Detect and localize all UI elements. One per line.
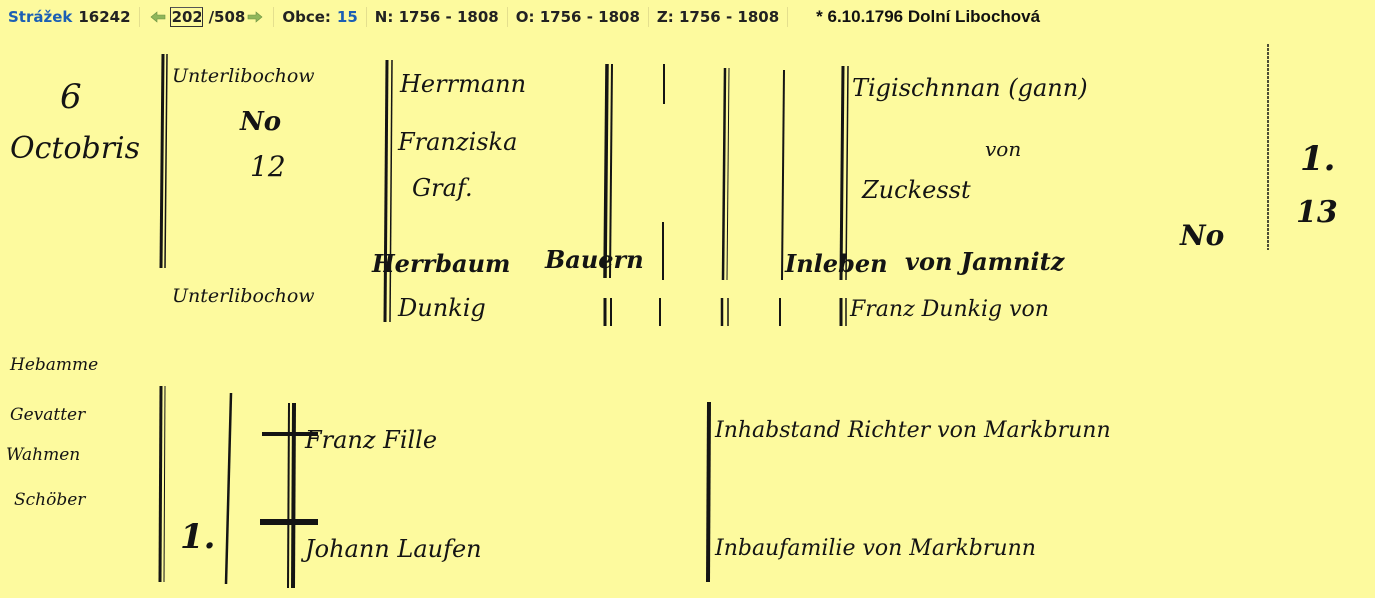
svg-text:Bauern: Bauern — [544, 245, 644, 274]
svg-text:Inleben: Inleben — [784, 249, 888, 278]
svg-text:Johann Laufen: Johann Laufen — [300, 535, 482, 563]
svg-text:Herrmann: Herrmann — [399, 70, 526, 98]
marriages-range: O: 1756 - 1808 — [508, 6, 648, 28]
svg-text:Zuckesst: Zuckesst — [861, 176, 971, 204]
register-scan-image: 6 Octobris Unterlibochow No 12 Unterlibo… — [0, 34, 1375, 598]
svg-text:Gevatter: Gevatter — [10, 405, 86, 425]
svg-text:Inbaufamilie von Markbrunn: Inbaufamilie von Markbrunn — [714, 536, 1036, 561]
svg-text:12: 12 — [250, 150, 286, 183]
record-info: Strážek 16242 — [0, 6, 139, 28]
svg-text:Wahmen: Wahmen — [6, 445, 80, 465]
obce-count-link[interactable]: 15 — [337, 8, 358, 26]
parish-link[interactable]: Strážek — [8, 8, 72, 26]
svg-text:Graf.: Graf. — [412, 174, 473, 202]
svg-text:13: 13 — [1296, 195, 1338, 230]
navigation-bar: Strážek 16242 /508 Obce: 15 N: 1756 - 18… — [0, 0, 1375, 34]
svg-text:No: No — [239, 107, 281, 137]
svg-text:Dunkig: Dunkig — [397, 294, 486, 322]
record-id: 16242 — [78, 8, 130, 26]
svg-text:Franz Dunkig von: Franz Dunkig von — [849, 297, 1049, 322]
svg-text:1.: 1. — [180, 517, 216, 557]
page-number-input[interactable] — [170, 7, 203, 27]
svg-text:Franz Fille: Franz Fille — [304, 426, 437, 454]
svg-text:1.: 1. — [1300, 139, 1336, 179]
svg-text:Tigischnnan (gann): Tigischnnan (gann) — [852, 74, 1088, 102]
villages-info: Obce: 15 — [274, 6, 365, 28]
obce-label: Obce: — [282, 8, 331, 26]
page-navigator: /508 — [140, 6, 274, 28]
svg-text:6: 6 — [60, 77, 82, 117]
record-title: * 6.10.1796 Dolní Libochová — [788, 6, 1048, 28]
total-pages: /508 — [209, 8, 246, 26]
svg-text:Schöber: Schöber — [14, 490, 86, 510]
arrow-left-icon[interactable] — [150, 11, 166, 23]
svg-text:Inhabstand Richter von Markbru: Inhabstand Richter von Markbrunn — [714, 418, 1111, 443]
svg-text:Franziska: Franziska — [397, 128, 517, 156]
svg-text:Unterlibochow: Unterlibochow — [172, 65, 315, 87]
arrow-right-icon[interactable] — [247, 11, 263, 23]
svg-text:Herrbaum: Herrbaum — [371, 249, 510, 278]
svg-text:von: von — [985, 137, 1021, 161]
births-range: N: 1756 - 1808 — [367, 6, 507, 28]
svg-text:No: No — [1179, 219, 1224, 252]
svg-text:Hebamme: Hebamme — [9, 355, 98, 375]
svg-text:Octobris: Octobris — [10, 131, 140, 166]
svg-text:Unterlibochow: Unterlibochow — [172, 285, 315, 307]
svg-text:von Jamnitz: von Jamnitz — [905, 247, 1066, 276]
deaths-range: Z: 1756 - 1808 — [649, 6, 787, 28]
